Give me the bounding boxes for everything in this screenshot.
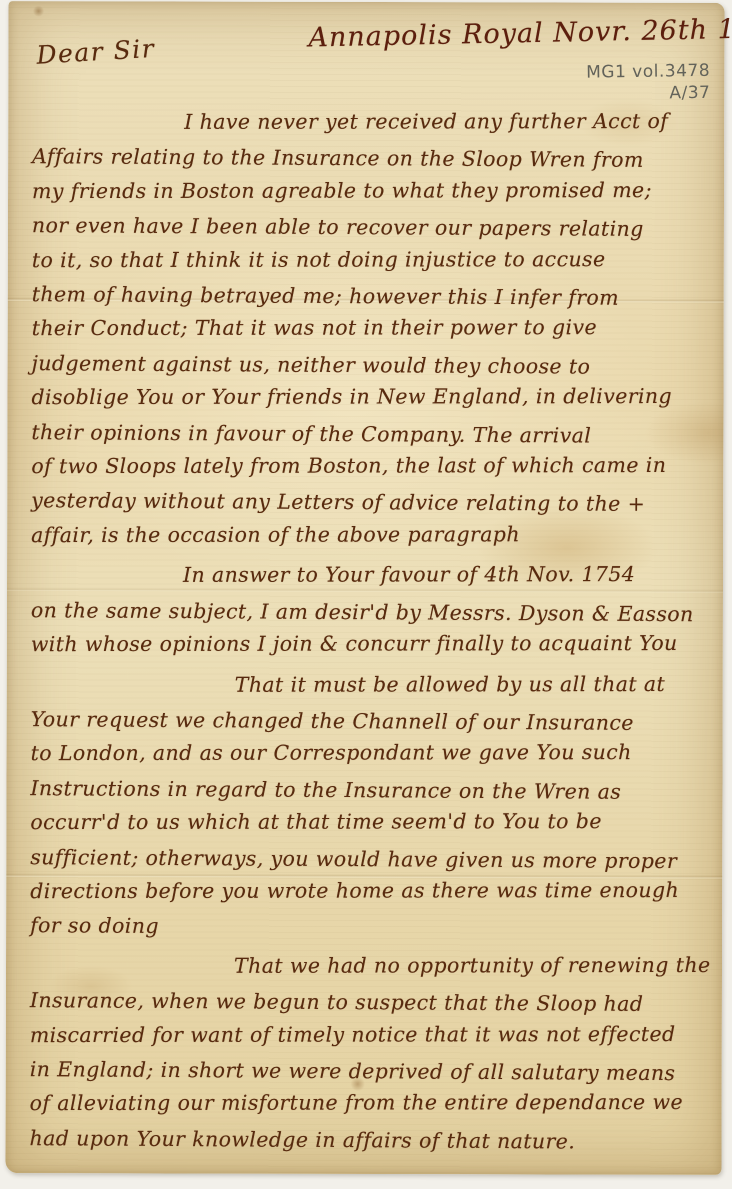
paragraph-4: That we had no opportunity of renewing t… bbox=[30, 949, 723, 1157]
paragraph-2: In answer to Your favour of 4th Nov. 175… bbox=[31, 558, 723, 663]
letter-line: had upon Your knowledge in affairs of th… bbox=[29, 1121, 721, 1160]
letter-line: That we had no opportunity of renewing t… bbox=[30, 948, 722, 984]
letter-line: miscarried for want of timely notice tha… bbox=[30, 1016, 722, 1052]
letter-line: I have never yet received any further Ac… bbox=[32, 104, 724, 140]
letter-line: disoblige You or Your friends in New Eng… bbox=[31, 379, 723, 415]
letter-line: with whose opinions I join & concurr fin… bbox=[31, 626, 723, 662]
letter-line: of two Sloops lately from Boston, the la… bbox=[31, 448, 723, 484]
letter-page: Annapolis Royal Novr. 26th 1754 MG1 vol.… bbox=[5, 1, 724, 1175]
archival-mark-line1: MG1 vol.3478 bbox=[586, 60, 710, 84]
letter-line: That it must be allowed by us all that a… bbox=[31, 666, 723, 702]
letter-line: affair, is the occasion of the above par… bbox=[31, 517, 723, 553]
archival-mark-line2: A/37 bbox=[586, 82, 710, 106]
letter-line: to it, so that I think it is not doing i… bbox=[32, 242, 724, 278]
archival-mark: MG1 vol.3478 A/37 bbox=[586, 60, 711, 106]
salutation: Dear Sir bbox=[36, 34, 156, 70]
letter-line: occurr'd to us which at that time seem'd… bbox=[30, 804, 722, 840]
dateline: Annapolis Royal Novr. 26th 1754 bbox=[308, 14, 719, 53]
paragraph-1: I have never yet received any further Ac… bbox=[31, 105, 724, 554]
letter-line: my friends in Boston agreable to what th… bbox=[32, 173, 724, 209]
letter-line: directions before you wrote home as ther… bbox=[30, 873, 722, 909]
letter-line: to London, and as our Correspondant we g… bbox=[31, 735, 723, 771]
letter-line: of alleviating our misfortune from the e… bbox=[30, 1085, 722, 1121]
paragraph-3: That it must be allowed by us all that a… bbox=[30, 668, 723, 945]
letter-line: for so doing bbox=[30, 908, 722, 947]
letter-line: their Conduct; That it was not in their … bbox=[32, 310, 724, 346]
document-scan: Annapolis Royal Novr. 26th 1754 MG1 vol.… bbox=[0, 0, 732, 1189]
letter-body: I have never yet received any further Ac… bbox=[30, 105, 725, 1157]
letter-line: In answer to Your favour of 4th Nov. 175… bbox=[31, 557, 723, 593]
